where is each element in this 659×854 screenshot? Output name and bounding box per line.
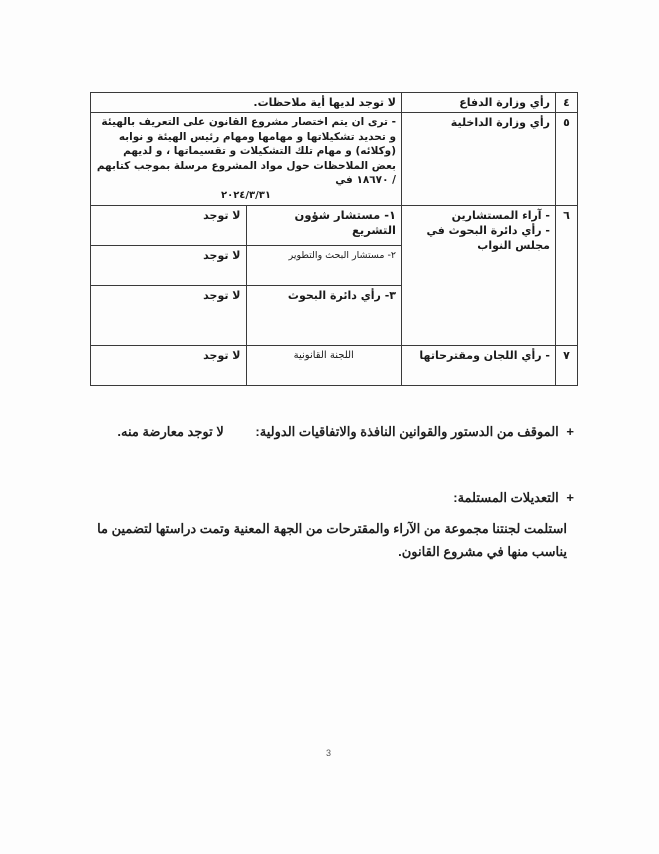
row-number: ٧ <box>556 346 578 386</box>
page-number: 3 <box>326 748 331 758</box>
label-item: رأي دائرة البحوث في مجلس النواب <box>407 223 550 253</box>
bullet-dash: - <box>388 116 396 128</box>
amendments-body: استلمت لجنتنا مجموعة من الآراء والمقترحا… <box>97 517 567 563</box>
row-label: آراء المستشارين رأي دائرة البحوث في مجلس… <box>402 206 556 346</box>
amendments-title: التعديلات المستلمة: <box>453 490 559 505</box>
label-item: رأي اللجان ومقترحاتها <box>407 348 550 363</box>
sub-value: لا توجد <box>91 286 247 346</box>
constitution-stance: + الموقف من الدستور والقوانين النافذة وا… <box>94 424 574 440</box>
sub-label: اللجنة القانونية <box>246 346 402 386</box>
stance-answer: لا توجد معارضة منه. <box>117 424 223 439</box>
row-number: ٤ <box>556 93 578 113</box>
sub-label: ٣- رأي دائرة البحوث <box>246 286 402 346</box>
plus-marker-icon: + <box>566 424 574 439</box>
row-label: رأي اللجان ومقترحاتها <box>402 346 556 386</box>
sub-value: لا توجد <box>91 346 247 386</box>
row-number: ٥ <box>556 113 578 206</box>
amendments-heading: + التعديلات المستلمة: <box>453 490 574 506</box>
row-label: رأي وزارة الدفاع <box>402 93 556 113</box>
row-number: ٦ <box>556 206 578 346</box>
row-label: رأي وزارة الداخلية <box>402 113 556 206</box>
row-value: لا توجد لديها أية ملاحظات. <box>91 93 402 113</box>
table-row: ٥ رأي وزارة الداخلية - ترى ان يتم اختصار… <box>91 113 578 206</box>
document-page: ٤ رأي وزارة الدفاع لا توجد لديها أية ملا… <box>0 0 659 854</box>
plus-marker-icon: + <box>566 490 574 505</box>
interior-ministry-note: - ترى ان يتم اختصار مشروع القانون على ال… <box>96 115 396 203</box>
table-row: ٤ رأي وزارة الدفاع لا توجد لديها أية ملا… <box>91 93 578 113</box>
sub-label: ٢- مستشار البحث والتطوير <box>246 246 402 286</box>
stance-heading: الموقف من الدستور والقوانين النافذة والا… <box>255 424 558 439</box>
table-row: ٧ رأي اللجان ومقترحاتها اللجنة القانونية… <box>91 346 578 386</box>
label-list: رأي اللجان ومقترحاتها <box>407 348 550 363</box>
row-value-cell: - ترى ان يتم اختصار مشروع القانون على ال… <box>91 113 402 206</box>
label-list: آراء المستشارين رأي دائرة البحوث في مجلس… <box>407 208 550 253</box>
label-item: آراء المستشارين <box>407 208 550 223</box>
sub-value: لا توجد <box>91 206 247 246</box>
sub-value: لا توجد <box>91 246 247 286</box>
table-row: ٦ آراء المستشارين رأي دائرة البحوث في مج… <box>91 206 578 246</box>
letter-date: ٢٠٢٤/٣/٣١ <box>96 189 396 204</box>
opinions-table: ٤ رأي وزارة الدفاع لا توجد لديها أية ملا… <box>90 92 578 386</box>
sub-label: ١- مستشار شؤون التشريع <box>246 206 402 246</box>
